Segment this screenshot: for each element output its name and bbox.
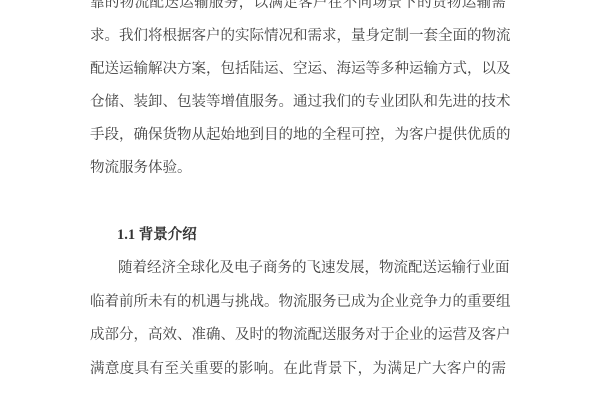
text-line: 仓储、装卸、包装等增值服务。通过我们的专业团队和先进的技术 (90, 86, 506, 119)
paragraph-background: 随着经济全球化及电子商务的飞速发展，物流配送运输行业面 临着前所未有的机遇与挑战… (90, 252, 506, 386)
text-line: 手段，确保货物从起始地到目的地的全程可控，为客户提供优质的 (90, 119, 506, 152)
document-page: 靠的物流配送运输服务，以满足客户在不同场景下的货物运输需 求。我们将根据客户的实… (0, 0, 600, 400)
text-line: 随着经济全球化及电子商务的飞速发展，物流配送运输行业面 (90, 252, 506, 286)
section-heading: 1.1 背景介绍 (117, 219, 197, 252)
text-line: 配送运输解决方案，包括陆运、空运、海运等多种运输方式，以及 (90, 53, 506, 86)
text-line: 临着前所未有的机遇与挑战。物流服务已成为企业竞争力的重要组 (90, 286, 506, 320)
text-line: 成部分，高效、准确、及时的物流配送服务对于企业的运营及客户 (90, 319, 506, 353)
text-line: 靠的物流配送运输服务，以满足客户在不同场景下的货物运输需 (90, 0, 506, 20)
text-line: 求。我们将根据客户的实际情况和需求，量身定制一套全面的物流 (90, 20, 506, 53)
text-line: 物流服务体验。 (90, 152, 506, 185)
text-line: 满意度具有至关重要的影响。在此背景下，为满足广大客户的需 (90, 353, 506, 387)
paragraph-intro: 靠的物流配送运输服务，以满足客户在不同场景下的货物运输需 求。我们将根据客户的实… (90, 0, 506, 185)
